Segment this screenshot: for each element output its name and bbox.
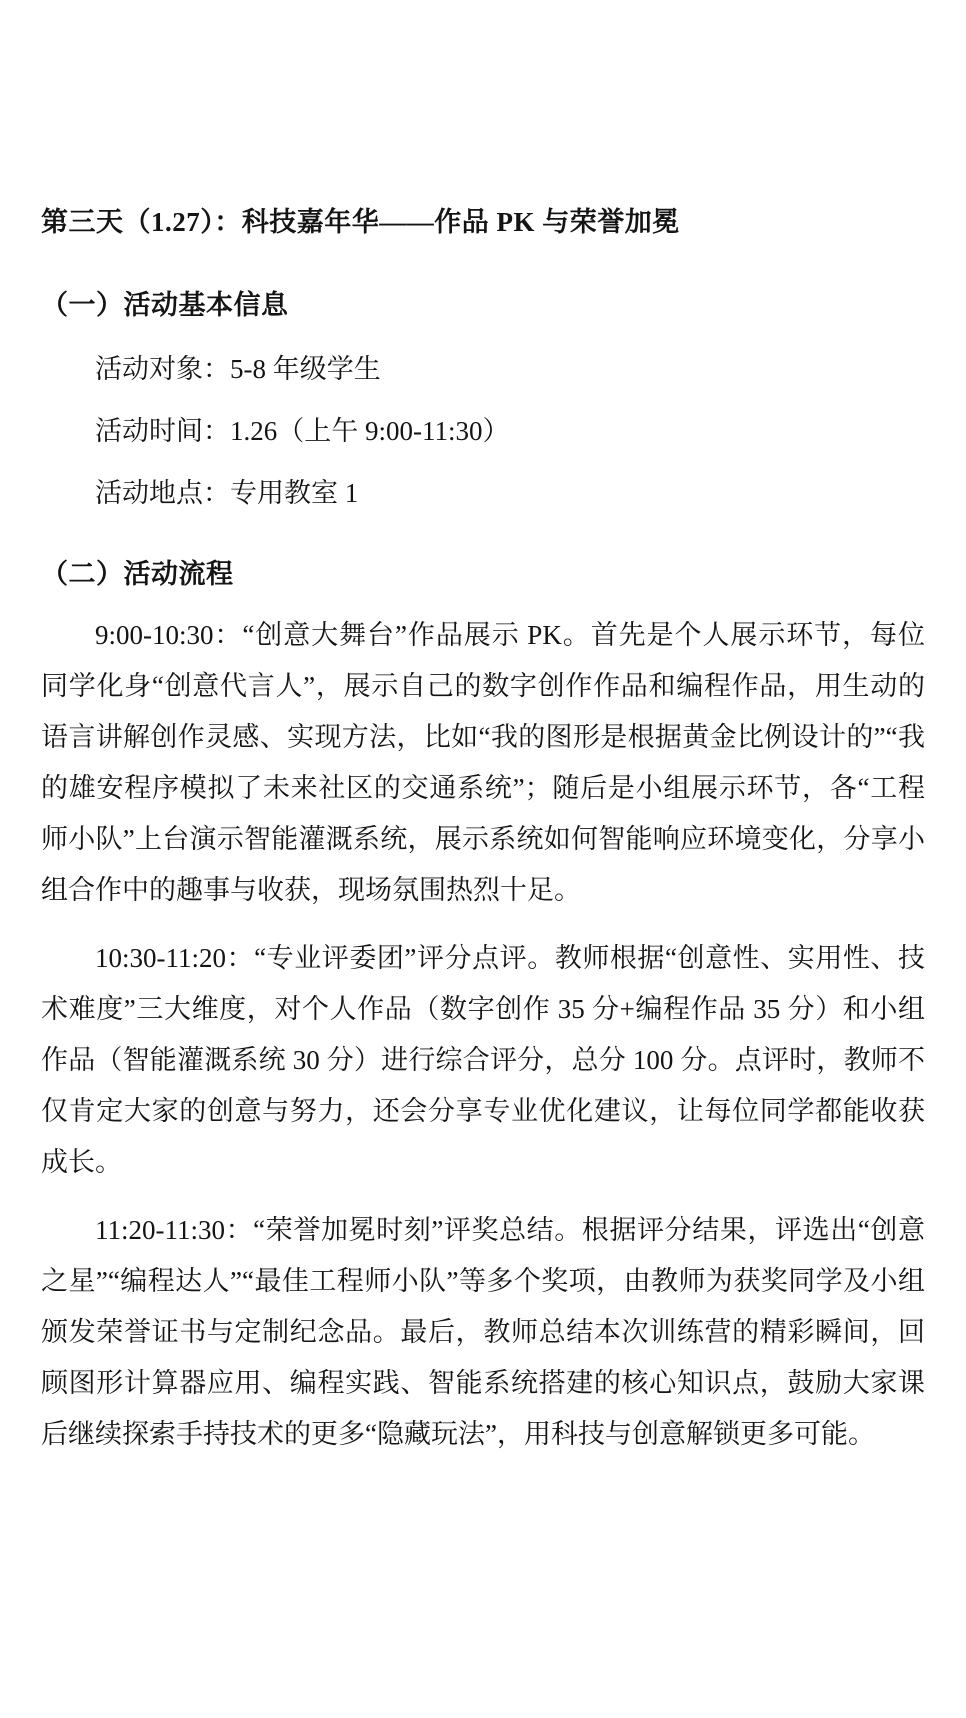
info-item-audience: 活动对象：5-8 年级学生	[41, 355, 925, 383]
document-title: 第三天（1.27）：科技嘉年华——作品 PK 与荣誉加冕	[41, 207, 925, 238]
schedule-paragraph-2: 10:30-11:20：“专业评委团”评分点评。教师根据“创意性、实用性、技术难…	[41, 933, 925, 1188]
section-2-heading: （二）活动流程	[41, 559, 925, 590]
section-1-heading: （一）活动基本信息	[41, 290, 925, 321]
info-item-location: 活动地点：专用教室 1	[41, 479, 925, 507]
info-item-time: 活动时间：1.26（上午 9:00-11:30）	[41, 417, 925, 445]
schedule-paragraph-3: 11:20-11:30：“荣誉加冕时刻”评奖总结。根据评分结果，评选出“创意之星…	[41, 1205, 925, 1460]
document-page: 第三天（1.27）：科技嘉年华——作品 PK 与荣誉加冕 （一）活动基本信息 活…	[0, 0, 966, 1718]
schedule-paragraph-1: 9:00-10:30：“创意大舞台”作品展示 PK。首先是个人展示环节，每位同学…	[41, 610, 925, 916]
